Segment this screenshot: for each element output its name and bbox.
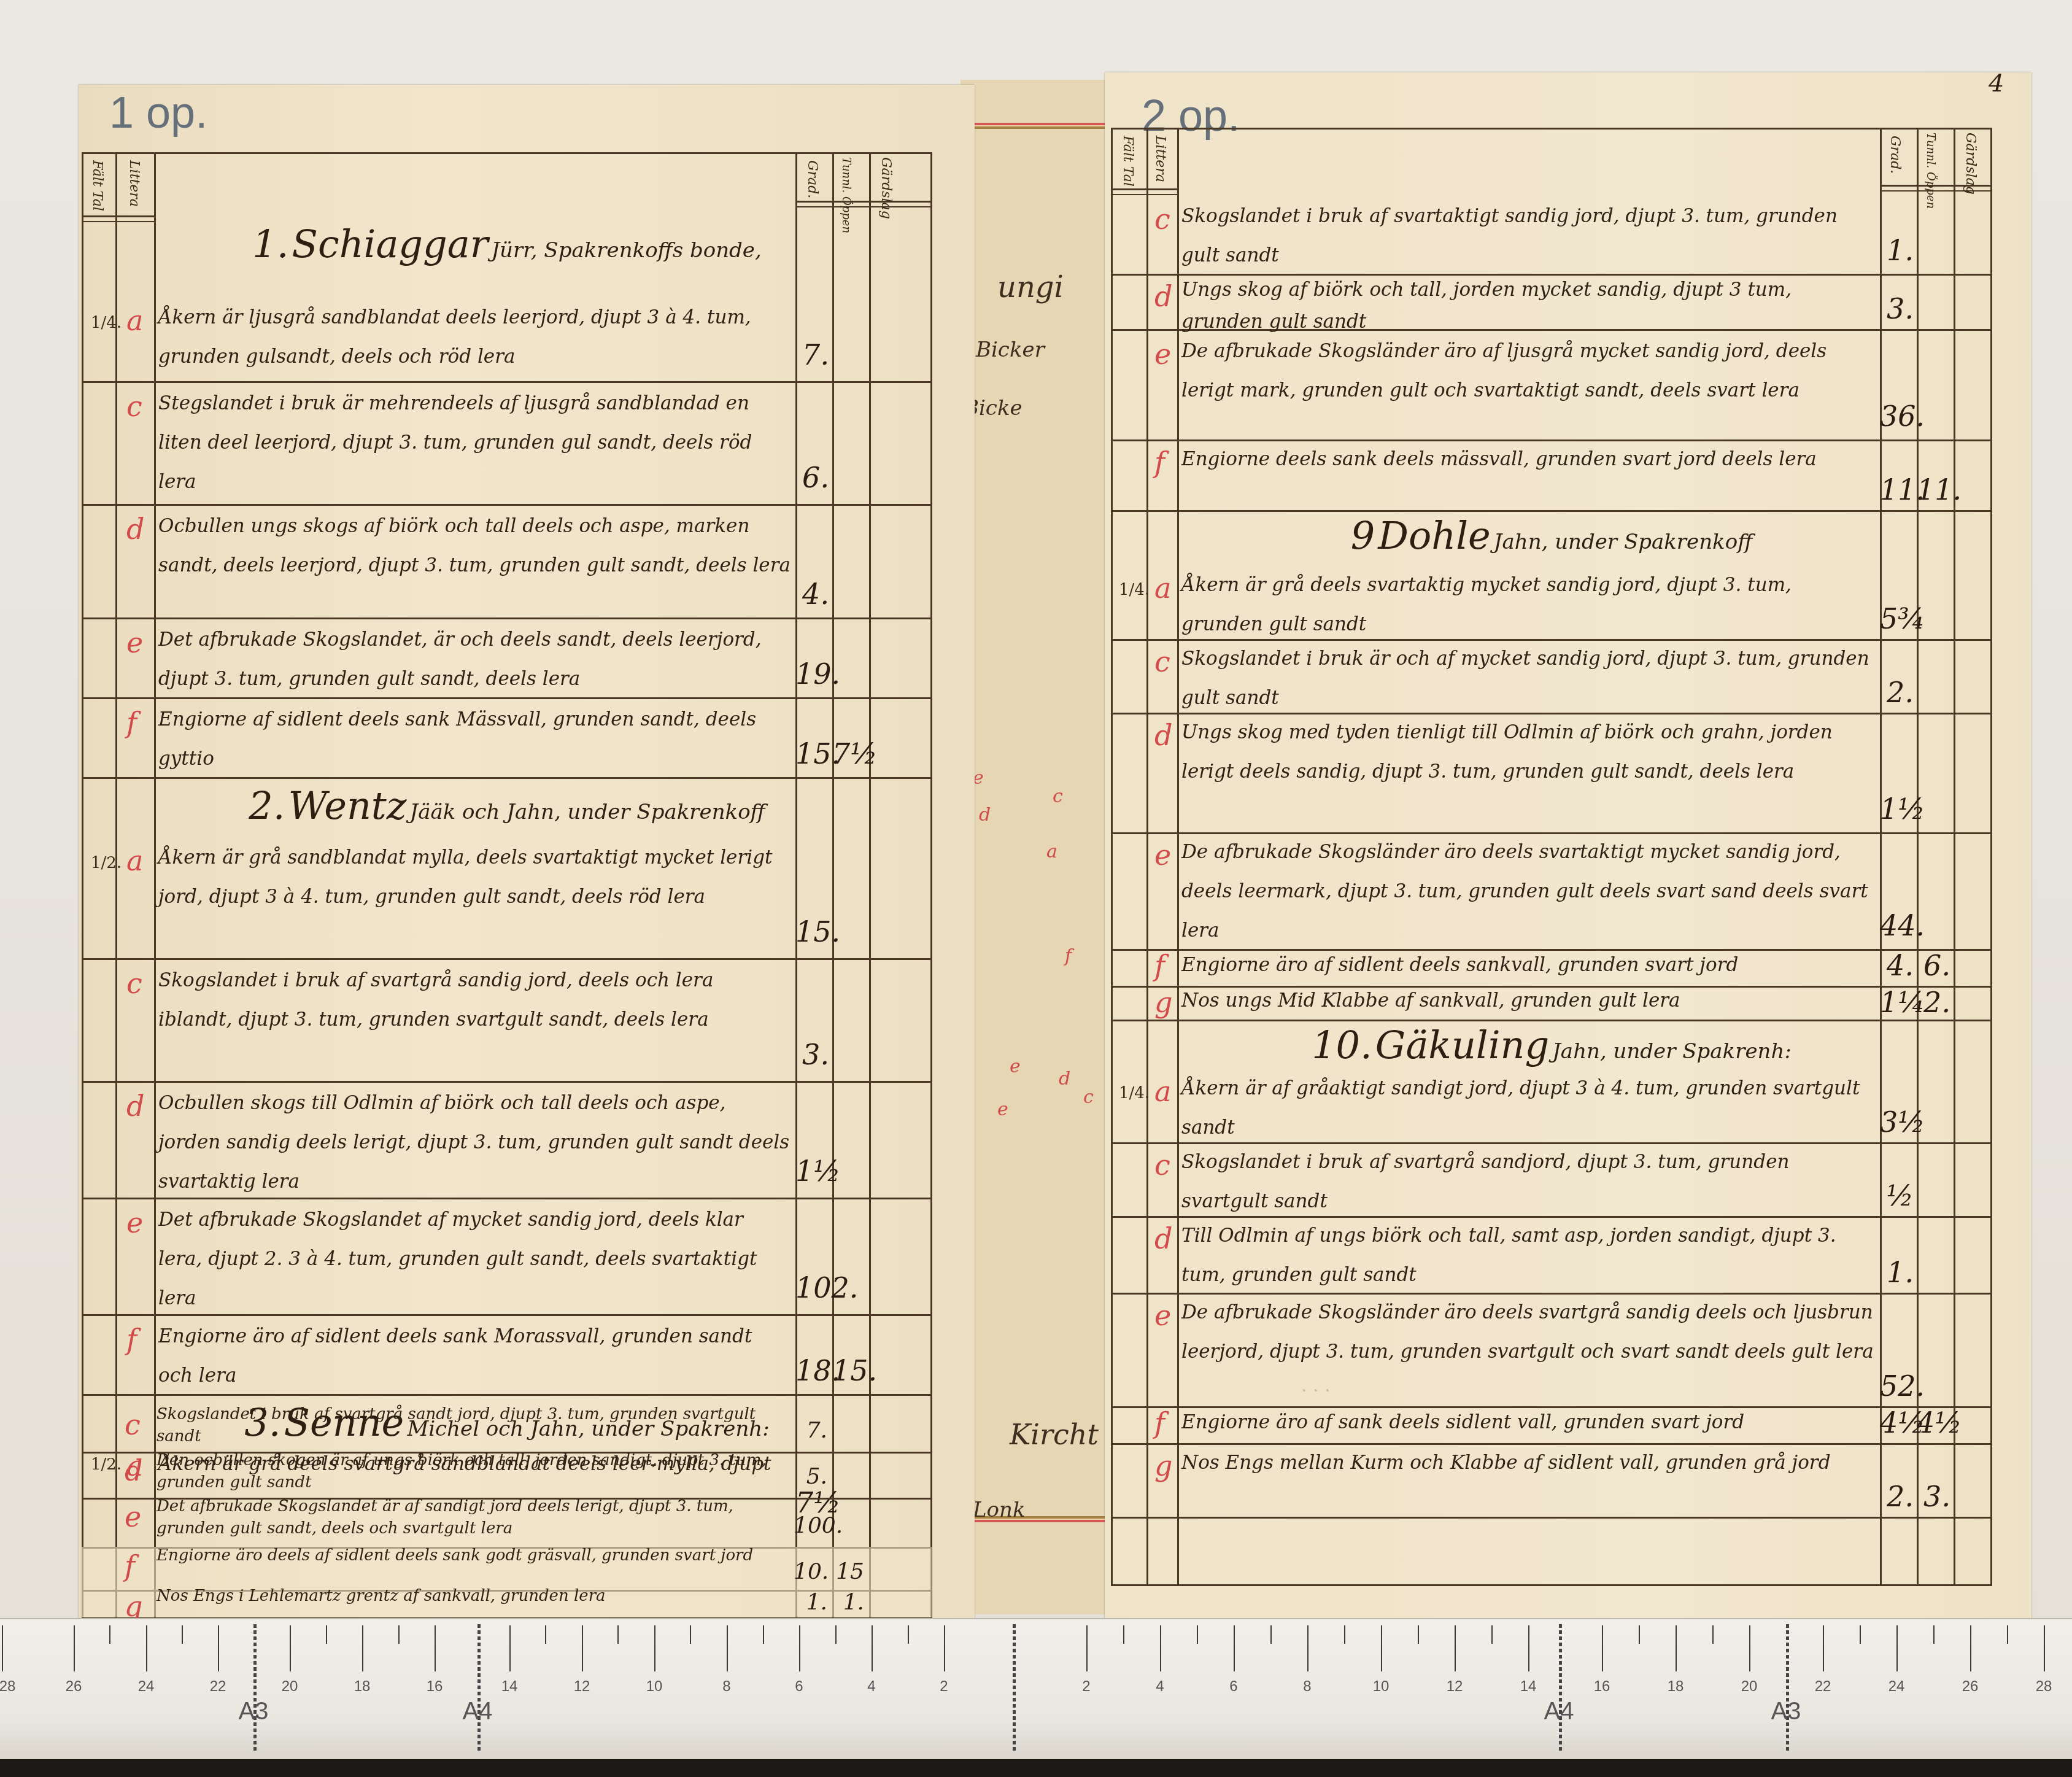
register-entry: 1/4. a Åkern är grå deels svartaktig myc…	[1113, 565, 1990, 641]
register-entry: e Det afbrukade Skogslandet, är och deel…	[83, 617, 930, 699]
column-header-gardslag: Gärdslag	[1963, 133, 1978, 195]
farm-name: Dohle	[1378, 513, 1491, 558]
parcel-letter: d	[126, 1090, 144, 1123]
register-entry: c Stegslandet i bruk är mehrendeels af l…	[83, 381, 930, 506]
value-gardslag: 4½	[1917, 1406, 1950, 1439]
value-tunnland: 4½	[1880, 1406, 1914, 1439]
value-tunnland: 52.	[1880, 1369, 1914, 1403]
entry-description: Det afbrukade Skogslandet, är och deels …	[158, 620, 791, 699]
register-entry: c Skogslandet i bruk är och af mycket sa…	[1113, 639, 1990, 714]
column-header-littera: Littera	[126, 160, 142, 207]
map-label: Lonk	[973, 1498, 1026, 1522]
entry-description: Skogslandet i bruk af svartgrå sandjord,…	[1181, 1142, 1875, 1221]
entry-description: Engiorne äro af sidlent deels sank Moras…	[158, 1317, 791, 1395]
entry-description: Åkern är ljusgrå sandblandat deels leerj…	[158, 298, 791, 376]
map-parcel-letter: e	[997, 1099, 1008, 1120]
format-mark-a4: A4	[1544, 1698, 1574, 1725]
right-page: 2 op. 4 · · · Fält Tal Littera Grad. Tun…	[1105, 72, 2031, 1619]
farm-subtitle: Jahn, under Spakrenh:	[1552, 1039, 1792, 1064]
column-header-grad: Grad.	[805, 160, 820, 198]
parcel-letter: f	[1154, 949, 1165, 982]
value-gardslag: 6.	[1917, 949, 1950, 982]
farm-section: 1. Schiaggar Jürr, Spakrenkoffs bonde,	[83, 222, 930, 266]
entry-description: Engiorne äro af sank deels sidlent vall,…	[1181, 1403, 1875, 1442]
register-entry: g Nos Engs i Lehlemartz grentz af sankva…	[82, 1590, 932, 1619]
value-tunnland: 2.	[1880, 1480, 1914, 1513]
register-entry: g Nos Engs mellan Kurm och Klabbe af sid…	[1113, 1443, 1990, 1519]
value-gardslag: 7½	[832, 737, 866, 770]
entry-description: De afbrukade Skogsländer äro af ljusgrå …	[1181, 331, 1875, 410]
parcel-letter: g	[1154, 1449, 1172, 1482]
parcel-letter: d	[125, 1454, 142, 1487]
value-tunnland: 6.	[795, 461, 829, 494]
register-entry: c Skogslandet i bruk af svartgrå sandig …	[83, 958, 930, 1083]
parcel-letter: c	[1154, 645, 1170, 678]
value-gardslag: 11.	[1917, 473, 1950, 506]
register-entry: c Skogslandet i bruk af svartgrå sandt j…	[82, 1406, 932, 1454]
farm-title: 1. Schiaggar Jürr, Spakrenkoffs bonde,	[83, 222, 930, 266]
entry-description: Till Odlmin af ungs biörk och tall, samt…	[1181, 1216, 1875, 1295]
parcel-letter: a	[1154, 571, 1171, 605]
map-label: ungi	[997, 270, 1064, 304]
entry-description: Det afbrukade Skogslandet af mycket sand…	[158, 1200, 791, 1318]
value-tunnland: 3.	[1880, 292, 1914, 325]
value-tunnland: 3.	[795, 1038, 829, 1071]
value-gardslag: 15	[830, 1559, 864, 1584]
entry-description: Skogslandet i bruk är och af mycket sand…	[1181, 639, 1875, 718]
map-label: Kircht	[1010, 1418, 1099, 1451]
entry-description: Det afbrukade Skogslandet är af sandigt …	[157, 1495, 789, 1539]
value-tunnland: 7.	[795, 338, 829, 371]
map-fragment: ungi Bicker Bicke Kircht Lonk e c d a f …	[961, 80, 1105, 1614]
parcel-letter: c	[125, 1408, 141, 1441]
parcel-letter: c	[1154, 203, 1170, 236]
value-tunnland: 100.	[794, 1513, 827, 1538]
farm-name: Gäkuling	[1375, 1023, 1549, 1067]
entry-description: Engiorne äro deels af sidlent deels sank…	[157, 1544, 789, 1566]
register-entry: c Skogslandet i bruk af svartaktigt sand…	[1113, 194, 1990, 276]
value-tunnland: 44.	[1880, 909, 1914, 942]
value-tunnland: 1.	[1880, 234, 1914, 267]
value-tunnland: 19.	[795, 657, 829, 691]
map-parcel-letter: d	[979, 804, 991, 826]
parcel-letter: c	[126, 967, 142, 1000]
register-entry: e De afbrukade Skogsländer äro deels sva…	[1113, 832, 1990, 951]
value-tunnland: 3½	[1880, 1105, 1914, 1139]
map-border-top	[961, 123, 1105, 129]
value-tunnland: 1.	[794, 1590, 827, 1615]
register-entry: d Den ocbullen skogen är af ungs biörk o…	[82, 1452, 932, 1500]
entry-description: Skogslandet i bruk af svartgrå sandt jor…	[157, 1403, 789, 1447]
entry-description: Åkern är grå deels svartaktig mycket san…	[1181, 565, 1875, 644]
entry-description: Stegslandet i bruk är mehrendeels af lju…	[158, 384, 791, 501]
parcel-letter: d	[126, 513, 144, 546]
entry-description: Engiorne af sidlent deels sank Mässvall,…	[158, 700, 791, 778]
register-entry: d Ungs skog af biörk och tall, jorden my…	[1113, 274, 1990, 331]
farm-subtitle: Jahn, under Spakrenkoff	[1494, 530, 1752, 554]
register-entry: 1/2. a Åkern är grå sandblandat mylla, d…	[83, 835, 930, 960]
value-tunnland: 15.	[795, 737, 829, 770]
value-tunnland: ½	[1880, 1179, 1914, 1212]
left-page-continuation: c Skogslandet i bruk af svartgrå sandt j…	[82, 1406, 932, 1620]
farm-title: 10. Gäkuling Jahn, under Spakrenh:	[1113, 1023, 1990, 1067]
register-entry: e Det afbrukade Skogslandet är af sandig…	[82, 1498, 932, 1549]
farm-section: 9 Dohle Jahn, under Spakrenkoff	[1113, 513, 1990, 558]
column-header-littera: Littera	[1153, 136, 1168, 182]
format-mark-a4: A4	[463, 1698, 493, 1725]
entry-description: De afbrukade Skogsländer äro deels svart…	[1181, 832, 1875, 950]
farm-section: 2. Wentz Jääk och Jahn, under Spakrenkof…	[83, 783, 930, 828]
value-gardslag: 15.	[832, 1354, 866, 1387]
entry-description: Engiorne deels sank deels mässvall, grun…	[1181, 439, 1875, 479]
register-entry: f Engiorne äro af sidlent deels sank Mor…	[83, 1314, 930, 1396]
map-label: Bicker	[976, 338, 1045, 362]
pencil-page-label: 1 op.	[109, 88, 207, 138]
parcel-letter: a	[1154, 1075, 1171, 1108]
entry-description: Nos ungs Mid Klabbe af sankvall, grunden…	[1181, 981, 1875, 1020]
parcel-letter: a	[126, 844, 143, 877]
map-parcel-letter: d	[1059, 1068, 1070, 1090]
column-header-gardslag: Gärdslag	[878, 157, 894, 219]
parcel-letter: f	[1154, 1406, 1165, 1439]
farm-section: 10. Gäkuling Jahn, under Spakrenh:	[1113, 1023, 1990, 1067]
parcel-letter: a	[126, 304, 143, 337]
value-gardslag: 1.	[830, 1590, 864, 1615]
register-entry: d Ungs skog med tyden tienligt till Odlm…	[1113, 713, 1990, 834]
entry-description: De afbrukade Skogsländer äro deels svart…	[1181, 1293, 1875, 1371]
measurement-ruler: 26 24 22 A3 20 18 16 A4 14 12 10 8 6 4 2…	[0, 1618, 2072, 1760]
parcel-letter: e	[1154, 1299, 1171, 1332]
left-page: 1 op. Fält Tal Littera Grad. Tunnl. Öppe…	[79, 85, 975, 1625]
register-entry: c Skogslandet i bruk af svartgrå sandjor…	[1113, 1142, 1990, 1218]
entry-description: Ungs skog med tyden tienligt till Odlmin…	[1181, 713, 1875, 791]
register-entry: e De afbrukade Skogsländer äro af ljusgr…	[1113, 329, 1990, 441]
register-entry: g Nos ungs Mid Klabbe af sankvall, grund…	[1113, 986, 1990, 1021]
value-tunnland: 1.	[1880, 1256, 1914, 1289]
register-entry: f Engiorne af sidlent deels sank Mässval…	[83, 697, 930, 779]
parcel-letter: c	[1154, 1148, 1170, 1182]
parcel-letter: e	[126, 626, 143, 659]
scanner-edge	[0, 1759, 2072, 1777]
parcel-letter: d	[1154, 719, 1172, 752]
register-entry: 1/4. a Åkern är ljusgrå sandblandat deel…	[83, 295, 930, 383]
entry-description: Ocbullen skogs till Odlmin af biörk och …	[158, 1083, 791, 1201]
farm-name: Schiaggar	[292, 222, 488, 266]
value-tunnland: 1¼	[1880, 986, 1914, 1019]
map-parcel-letter: c	[1083, 1086, 1094, 1108]
farm-subtitle: Jürr, Spakrenkoffs bonde,	[491, 238, 761, 263]
farm-title: 2. Wentz Jääk och Jahn, under Spakrenkof…	[83, 783, 930, 828]
parcel-letter: e	[126, 1206, 143, 1239]
parcel-letter: e	[1154, 338, 1171, 371]
value-tunnland: 102.	[795, 1271, 829, 1304]
format-mark-a3: A3	[239, 1698, 269, 1725]
value-tunnland: 15.	[795, 915, 829, 948]
column-header-falttal: Fält Tal	[90, 160, 105, 211]
entry-description: Ocbullen ungs skogs af biörk och tall de…	[158, 506, 791, 585]
farm-subtitle: Jääk och Jahn, under Spakrenkoff	[410, 800, 765, 824]
farm-title: 9 Dohle Jahn, under Spakrenkoff	[1113, 513, 1990, 558]
register-entry: d Ocbullen ungs skogs af biörk och tall …	[83, 504, 930, 619]
value-tunnland: 36.	[1880, 400, 1914, 433]
parcel-letter: g	[1154, 986, 1172, 1019]
register-entry: f Engiorne äro af sank deels sidlent val…	[1113, 1406, 1990, 1445]
register-entry: d Ocbullen skogs till Odlmin af biörk oc…	[83, 1081, 930, 1199]
value-tunnland: 2.	[1880, 676, 1914, 709]
column-header-grad: Grad.	[1887, 136, 1903, 174]
register-grid: Fält Tal Littera Grad. Tunnl. Öppen Gärd…	[82, 152, 932, 1623]
column-header-falttal: Fält Tal	[1120, 136, 1135, 187]
entry-description: Nos Engs i Lehlemartz grentz af sankvall…	[157, 1585, 789, 1607]
parcel-letter: c	[126, 390, 142, 423]
value-tunnland: 18.	[795, 1354, 829, 1387]
entry-description: Nos Engs mellan Kurm och Klabbe af sidle…	[1181, 1443, 1875, 1482]
entry-description: Åkern är grå sandblandat mylla, deels sv…	[158, 838, 791, 916]
entry-description: Åkern är af gråaktigt sandigt jord, djup…	[1181, 1069, 1875, 1147]
value-tunnland: 1½	[1880, 792, 1914, 826]
map-parcel-letter: c	[1053, 786, 1063, 807]
value-tunnland: 1½	[795, 1155, 829, 1188]
value-gardslag: 2.	[1917, 986, 1950, 1019]
register-grid: Fält Tal Littera Grad. Tunnl. Öppen Gärd…	[1111, 128, 1992, 1586]
value-tunnland: 5¾	[1880, 602, 1914, 635]
corner-mark: 4	[1989, 69, 2004, 98]
parcel-letter: f	[126, 706, 137, 739]
entry-description: Skogslandet i bruk af svartaktigt sandig…	[1181, 196, 1875, 275]
entry-description: Den ocbullen skogen är af ungs biörk och…	[157, 1449, 789, 1493]
value-tunnland: 10.	[794, 1559, 827, 1584]
parcel-letter: f	[126, 1323, 137, 1356]
map-parcel-letter: f	[1065, 945, 1072, 967]
value-tunnland: 11.	[1880, 473, 1914, 506]
value-gardslag: 3.	[1917, 1480, 1950, 1513]
map-parcel-letter: e	[1010, 1056, 1021, 1077]
value-tunnland: 4.	[795, 578, 829, 611]
parcel-letter: d	[1154, 280, 1172, 313]
register-entry: 1/4. a Åkern är af gråaktigt sandigt jor…	[1113, 1069, 1990, 1144]
register-entry: d Till Odlmin af ungs biörk och tall, sa…	[1113, 1216, 1990, 1295]
register-entry: e De afbrukade Skogsländer äro deels sva…	[1113, 1293, 1990, 1408]
parcel-letter: f	[125, 1549, 135, 1582]
parcel-letter: d	[1154, 1222, 1172, 1255]
register-entry: e Det afbrukade Skogslandet af mycket sa…	[83, 1198, 930, 1316]
farm-name: Wentz	[288, 783, 407, 828]
parcel-letter: e	[125, 1500, 141, 1533]
entry-description: Skogslandet i bruk af svartgrå sandig jo…	[158, 961, 791, 1039]
value-tunnland: 5.	[794, 1464, 827, 1489]
parcel-letter: e	[1154, 838, 1171, 872]
entry-description: Engiorne äro af sidlent deels sankvall, …	[1181, 945, 1875, 985]
register-entry: f Engiorne deels sank deels mässvall, gr…	[1113, 439, 1990, 512]
value-tunnland: 7.	[794, 1418, 827, 1443]
format-mark-a3: A3	[1771, 1698, 1801, 1725]
map-parcel-letter: a	[1046, 841, 1057, 862]
parcel-letter: f	[1154, 446, 1165, 479]
value-tunnland: 4.	[1880, 949, 1914, 982]
entry-description: Ungs skog af biörk och tall, jorden myck…	[1181, 274, 1875, 338]
